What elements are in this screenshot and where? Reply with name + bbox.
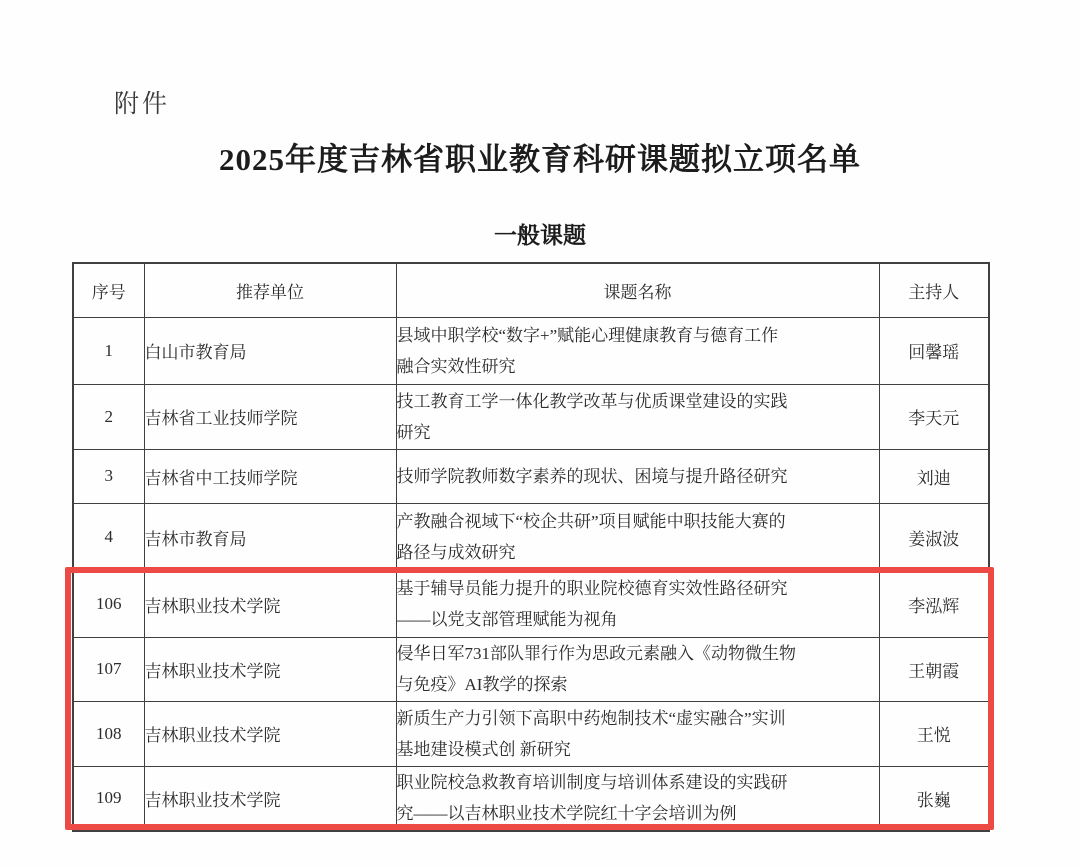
- cell-no: 1: [73, 317, 144, 384]
- cell-unit: 吉林省中工技师学院: [144, 449, 396, 503]
- cell-no: 3: [73, 449, 144, 503]
- cell-unit: 吉林职业技术学院: [144, 571, 396, 637]
- cell-host: 王朝霞: [879, 637, 989, 701]
- header-cell-title: 课题名称: [396, 263, 879, 317]
- table-row-highlighted: 109 吉林职业技术学院 职业院校急救教育培训制度与培训体系建设的实践研 究——…: [73, 766, 989, 831]
- cell-title: 技师学院教师数字素养的现状、困境与提升路径研究: [396, 449, 879, 503]
- cell-host: 李天元: [879, 384, 989, 449]
- cell-unit: 吉林职业技术学院: [144, 637, 396, 701]
- table-row: 3 吉林省中工技师学院 技师学院教师数字素养的现状、困境与提升路径研究 刘迪: [73, 449, 989, 503]
- cell-unit: 吉林市教育局: [144, 503, 396, 571]
- cell-host: 回馨瑶: [879, 317, 989, 384]
- header-cell-no: 序号: [73, 263, 144, 317]
- attachment-label: 附件: [114, 84, 170, 120]
- table-row: 1 白山市教育局 县域中职学校“数字+”赋能心理健康教育与德育工作 融合实效性研…: [73, 317, 989, 384]
- header-cell-unit: 推荐单位: [144, 263, 396, 317]
- cell-no: 106: [73, 571, 144, 637]
- table-row-highlighted: 106 吉林职业技术学院 基于辅导员能力提升的职业院校德育实效性路径研究 ——以…: [73, 571, 989, 637]
- cell-title: 新质生产力引领下高职中药炮制技术“虚实融合”实训 基地建设模式创 新研究: [396, 701, 879, 766]
- cell-title: 基于辅导员能力提升的职业院校德育实效性路径研究 ——以党支部管理赋能为视角: [396, 571, 879, 637]
- table-row: 2 吉林省工业技师学院 技工教育工学一体化教学改革与优质课堂建设的实践 研究 李…: [73, 384, 989, 449]
- cell-host: 王悦: [879, 701, 989, 766]
- cell-no: 2: [73, 384, 144, 449]
- cell-title: 侵华日军731部队罪行作为思政元素融入《动物微生物 与免疫》AI教学的探索: [396, 637, 879, 701]
- projects-table: 序号 推荐单位 课题名称 主持人 1 白山市教育局 县域中职学校“数字+”赋能心…: [72, 262, 990, 832]
- header-cell-host: 主持人: [879, 263, 989, 317]
- cell-unit: 吉林职业技术学院: [144, 766, 396, 831]
- cell-unit: 吉林省工业技师学院: [144, 384, 396, 449]
- cell-host: 李泓辉: [879, 571, 989, 637]
- table-row-highlighted: 107 吉林职业技术学院 侵华日军731部队罪行作为思政元素融入《动物微生物 与…: [73, 637, 989, 701]
- table-row-highlighted: 108 吉林职业技术学院 新质生产力引领下高职中药炮制技术“虚实融合”实训 基地…: [73, 701, 989, 766]
- cell-no: 107: [73, 637, 144, 701]
- cell-host: 姜淑波: [879, 503, 989, 571]
- table-header-row: 序号 推荐单位 课题名称 主持人: [73, 263, 989, 317]
- document-page: 附件 2025年度吉林省职业教育科研课题拟立项名单 一般课题 序号 推荐单位 课…: [0, 0, 1080, 866]
- cell-no: 4: [73, 503, 144, 571]
- cell-host: 刘迪: [879, 449, 989, 503]
- cell-host: 张巍: [879, 766, 989, 831]
- cell-title: 县域中职学校“数字+”赋能心理健康教育与德育工作 融合实效性研究: [396, 317, 879, 384]
- cell-no: 109: [73, 766, 144, 831]
- cell-title: 技工教育工学一体化教学改革与优质课堂建设的实践 研究: [396, 384, 879, 449]
- table-row: 4 吉林市教育局 产教融合视域下“校企共研”项目赋能中职技能大赛的 路径与成效研…: [73, 503, 989, 571]
- cell-title: 职业院校急救教育培训制度与培训体系建设的实践研 究——以吉林职业技术学院红十字会…: [396, 766, 879, 831]
- cell-unit: 吉林职业技术学院: [144, 701, 396, 766]
- cell-unit: 白山市教育局: [144, 317, 396, 384]
- cell-no: 108: [73, 701, 144, 766]
- document-title: 2025年度吉林省职业教育科研课题拟立项名单: [0, 134, 1080, 179]
- section-title: 一般课题: [0, 217, 1080, 250]
- cell-title: 产教融合视域下“校企共研”项目赋能中职技能大赛的 路径与成效研究: [396, 503, 879, 571]
